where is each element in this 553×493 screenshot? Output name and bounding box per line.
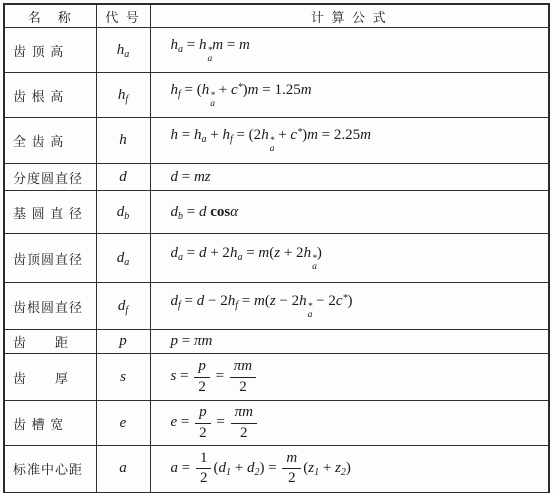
symbol-cell: e bbox=[96, 401, 150, 446]
table-row: 齿 厚ss = p2 = πm2 bbox=[4, 354, 549, 401]
table-row: 分度圆直径dd = mz bbox=[4, 164, 549, 191]
symbol-cell: ha bbox=[96, 28, 150, 73]
table-row: 齿顶圆直径dada = d + 2ha = m(z + 2h*a) bbox=[4, 234, 549, 283]
fraction: πm2 bbox=[231, 404, 257, 442]
fraction: 12 bbox=[196, 450, 212, 488]
symbol-cell: da bbox=[96, 234, 150, 283]
symbol-cell: a bbox=[96, 446, 150, 493]
symbol-cell: s bbox=[96, 354, 150, 401]
table-row: 齿 顶 高haha = h*am = m bbox=[4, 28, 549, 73]
name-cell: 齿顶圆直径 bbox=[4, 234, 96, 283]
table-row: 齿 距pp = πm bbox=[4, 330, 549, 354]
formula-cell: e = p2 = πm2 bbox=[150, 401, 549, 446]
name-cell: 齿 槽 宽 bbox=[4, 401, 96, 446]
header-formula: 计 算 公 式 bbox=[150, 4, 549, 28]
formula-cell: d = mz bbox=[150, 164, 549, 191]
table-row: 标准中心距aa = 12(d1 + d2) = m2(z1 + z2) bbox=[4, 446, 549, 493]
header-name: 名 称 bbox=[4, 4, 96, 28]
symbol-cell: db bbox=[96, 191, 150, 234]
name-cell: 分度圆直径 bbox=[4, 164, 96, 191]
header-symbol: 代 号 bbox=[96, 4, 150, 28]
formula-cell: df = d − 2hf = m(z − 2h*a − 2c*) bbox=[150, 283, 549, 330]
table-header: 名 称 代 号 计 算 公 式 bbox=[4, 4, 549, 28]
fraction: p2 bbox=[194, 358, 210, 396]
name-cell: 齿 顶 高 bbox=[4, 28, 96, 73]
fraction: πm2 bbox=[230, 358, 256, 396]
name-cell: 齿 根 高 bbox=[4, 73, 96, 118]
formula-cell: ha = h*am = m bbox=[150, 28, 549, 73]
name-cell: 标准中心距 bbox=[4, 446, 96, 493]
formula-cell: p = πm bbox=[150, 330, 549, 354]
fraction: p2 bbox=[195, 404, 211, 442]
header-row: 名 称 代 号 计 算 公 式 bbox=[4, 4, 549, 28]
name-cell: 基 圆 直 径 bbox=[4, 191, 96, 234]
fraction: m2 bbox=[282, 450, 301, 488]
symbol-cell: h bbox=[96, 118, 150, 164]
name-cell: 齿根圆直径 bbox=[4, 283, 96, 330]
symbol-cell: hf bbox=[96, 73, 150, 118]
table-row: 基 圆 直 径dbdb = d cosα bbox=[4, 191, 549, 234]
formula-cell: h = ha + hf = (2h*a + c*)m = 2.25m bbox=[150, 118, 549, 164]
formula-cell: da = d + 2ha = m(z + 2h*a) bbox=[150, 234, 549, 283]
gear-formula-table: 名 称 代 号 计 算 公 式 齿 顶 高haha = h*am = m齿 根 … bbox=[3, 3, 550, 493]
table-row: 齿根圆直径dfdf = d − 2hf = m(z − 2h*a − 2c*) bbox=[4, 283, 549, 330]
table-row: 全 齿 高hh = ha + hf = (2h*a + c*)m = 2.25m bbox=[4, 118, 549, 164]
name-cell: 齿 厚 bbox=[4, 354, 96, 401]
table-row: 齿 槽 宽ee = p2 = πm2 bbox=[4, 401, 549, 446]
formula-cell: db = d cosα bbox=[150, 191, 549, 234]
symbol-cell: df bbox=[96, 283, 150, 330]
name-cell: 齿 距 bbox=[4, 330, 96, 354]
name-cell: 全 齿 高 bbox=[4, 118, 96, 164]
symbol-cell: d bbox=[96, 164, 150, 191]
table-row: 齿 根 高hfhf = (h*a + c*)m = 1.25m bbox=[4, 73, 549, 118]
formula-cell: a = 12(d1 + d2) = m2(z1 + z2) bbox=[150, 446, 549, 493]
symbol-cell: p bbox=[96, 330, 150, 354]
formula-cell: hf = (h*a + c*)m = 1.25m bbox=[150, 73, 549, 118]
formula-cell: s = p2 = πm2 bbox=[150, 354, 549, 401]
table-body: 齿 顶 高haha = h*am = m齿 根 高hfhf = (h*a + c… bbox=[4, 28, 549, 493]
